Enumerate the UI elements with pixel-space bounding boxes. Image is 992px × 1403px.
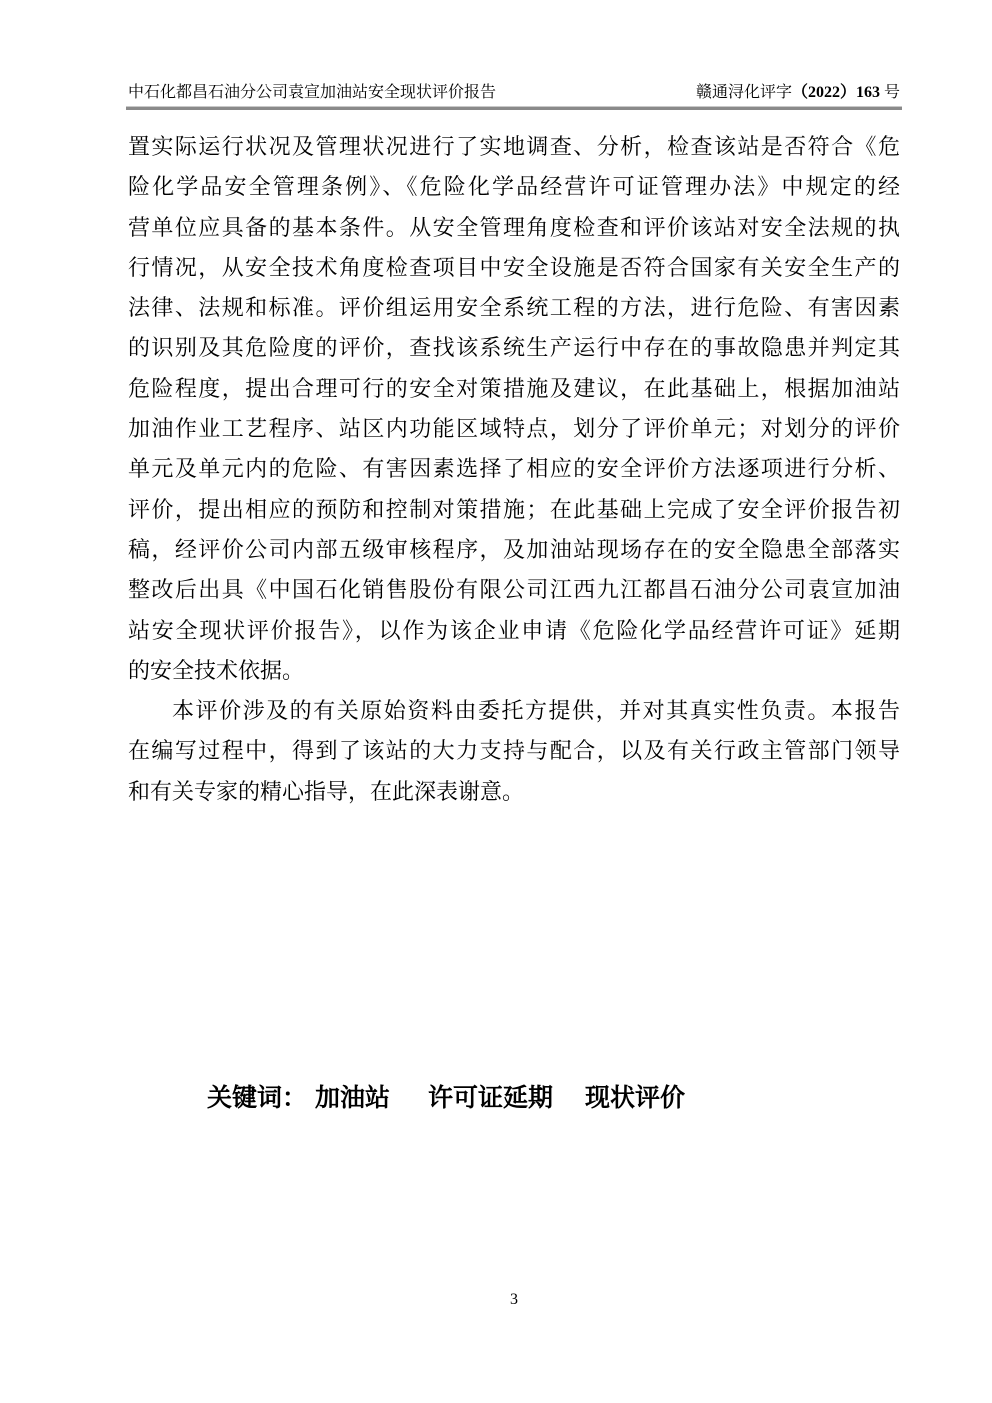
body-line: 在编写过程中，得到了该站的大力支持与配合，以及有关行政主管部门领导 <box>128 731 900 771</box>
body-line: 行情况，从安全技术角度检查项目中安全设施是否符合国家有关安全生产的 <box>128 248 900 288</box>
doc-number-prefix: 赣通浔化评字 <box>696 84 792 101</box>
keyword-item: 现状评价 <box>585 1080 685 1116</box>
doc-number-code: （2022）163 <box>792 84 880 101</box>
body-line: 稿，经评价公司内部五级审核程序，及加油站现场存在的安全隐患全部落实 <box>128 530 900 570</box>
doc-number-suffix: 号 <box>880 84 900 101</box>
header-report-title: 中石化都昌石油分公司袁宣加油站安全现状评价报告 <box>128 82 496 104</box>
keyword-item: 加油站 <box>315 1080 390 1116</box>
page-footer: 3 <box>128 1288 900 1312</box>
page-number: 3 <box>510 1291 518 1308</box>
body-line: 站安全现状评价报告》，以作为该企业申请《危险化学品经营许可证》延期 <box>128 611 900 651</box>
body-line: 加油作业工艺程序、站区内功能区域特点，划分了评价单元；对划分的评价 <box>128 409 900 449</box>
header-doc-number: 赣通浔化评字（2022）163 号 <box>696 82 900 104</box>
body-line: 的识别及其危险度的评价，查找该系统生产运行中存在的事故隐患并判定其 <box>128 328 900 368</box>
page-header: 中石化都昌石油分公司袁宣加油站安全现状评价报告 赣通浔化评字（2022）163 … <box>128 82 900 104</box>
body-line: 整改后出具《中国石化销售股份有限公司江西九江都昌石油分公司袁宣加油 <box>128 570 900 610</box>
body-line: 本评价涉及的有关原始资料由委托方提供，并对其真实性负责。本报告 <box>128 691 900 731</box>
paragraph-continued: 置实际运行状况及管理状况进行了实地调查、分析，检查该站是否符合《危 险化学品安全… <box>128 127 900 691</box>
body-line: 的安全技术依据。 <box>128 651 900 691</box>
document-body: 置实际运行状况及管理状况进行了实地调查、分析，检查该站是否符合《危 险化学品安全… <box>128 127 900 812</box>
paragraph-acknowledgement: 本评价涉及的有关原始资料由委托方提供，并对其真实性负责。本报告 在编写过程中，得… <box>128 691 900 812</box>
body-line: 和有关专家的精心指导，在此深表谢意。 <box>128 772 900 812</box>
body-line: 危险程度，提出合理可行的安全对策措施及建议，在此基础上，根据加油站 <box>128 369 900 409</box>
body-line: 营单位应具备的基本条件。从安全管理角度检查和评价该站对安全法规的执 <box>128 208 900 248</box>
document-page: 中石化都昌石油分公司袁宣加油站安全现状评价报告 赣通浔化评字（2022）163 … <box>0 0 992 1403</box>
keywords-line: 关键词： 加油站 许可证延期 现状评价 <box>207 1080 907 1116</box>
body-line: 险化学品安全管理条例》、《危险化学品经营许可证管理办法》中规定的经 <box>128 167 900 207</box>
keyword-item: 许可证延期 <box>428 1080 553 1116</box>
body-line: 置实际运行状况及管理状况进行了实地调查、分析，检查该站是否符合《危 <box>128 127 900 167</box>
body-line: 评价，提出相应的预防和控制对策措施；在此基础上完成了安全评价报告初 <box>128 490 900 530</box>
body-line: 法律、法规和标准。评价组运用安全系统工程的方法，进行危险、有害因素 <box>128 288 900 328</box>
keywords-label: 关键词： <box>207 1080 307 1116</box>
body-line: 单元及单元内的危险、有害因素选择了相应的安全评价方法逐项进行分析、 <box>128 449 900 489</box>
header-divider-rule <box>126 106 902 110</box>
